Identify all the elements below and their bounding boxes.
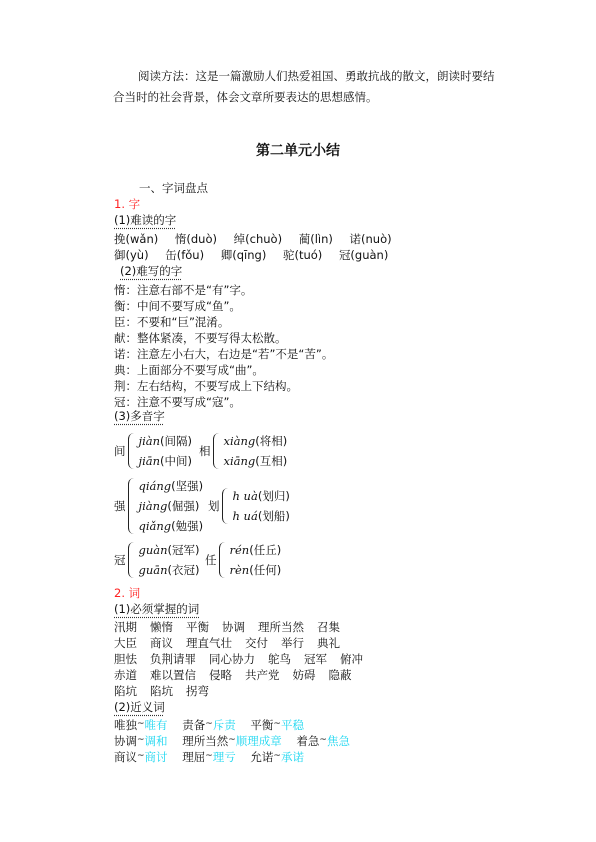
word-item: 胆怯	[114, 652, 137, 666]
synonym-row: 商议~商讨 理屈~理亏 允诺~承诺	[114, 752, 315, 764]
word-item: 平衡	[186, 620, 209, 634]
pinyin: rèn	[230, 563, 250, 577]
polyphonic-char: 相	[199, 443, 211, 459]
brace-icon	[128, 478, 136, 534]
word-item: 侵略	[209, 668, 232, 682]
hard-write-item: 衡：中间不要写成“鱼”。	[114, 301, 241, 313]
hard-write-item: 荆：左右结构，不要写成上下结构。	[114, 381, 298, 393]
word-item: 冠军	[304, 652, 327, 666]
pinyin: xiāng	[224, 454, 256, 468]
hard-write-item: 诺：注意左小右大，右边是“若”不是“苦”。	[114, 349, 333, 361]
hard-write-item: 冠：注意不要写成“寇”。	[114, 397, 241, 409]
hard-read-item: 驼(tuó)	[283, 248, 322, 262]
page-title: 第二单元小结	[0, 144, 596, 158]
words-label: 2. 词	[114, 588, 140, 600]
hard-read-row-1: 挽(wǎn) 惰(duò) 绰(chuò) 蔺(lìn) 诺(nuò)	[114, 234, 405, 246]
document-page: 阅读方法：这是一篇激励人们热爱祖国、勇敢抗战的散文，朗读时要结合当时的社会背景，…	[0, 0, 596, 842]
pinyin: rén	[230, 543, 250, 557]
synonym-pair: 理所当然~顺理成章	[182, 734, 282, 748]
word-item: 召集	[317, 620, 340, 634]
word-item: 汛期	[114, 620, 137, 634]
must-master-row: 汛期懒惰平衡协调理所当然召集	[114, 622, 353, 634]
example-word: (任何)	[249, 563, 281, 577]
synonym-pair: 着急~焦急	[296, 734, 350, 748]
brace-icon	[128, 542, 136, 578]
pinyin: h uà	[233, 489, 258, 503]
example-word: (勉强)	[171, 519, 203, 533]
hard-read-item: 卿(qīng)	[221, 248, 267, 262]
example-word: (间隔)	[160, 434, 192, 448]
synonym-pair: 唯独~唯有	[114, 718, 168, 732]
example-word: (中间)	[160, 454, 192, 468]
must-master-row: 陷坑陷坑拐弯	[114, 686, 222, 698]
synonym-pair: 协调~调和	[114, 734, 168, 748]
polyphonic-group-jian: 间 jiàn(间隔) jiān(中间)	[114, 433, 192, 469]
polyphonic-group-hua: 划 h uà(划归) h uá(划船)	[208, 488, 290, 524]
synonyms-label: (2)近义词	[114, 702, 165, 714]
hard-write-item: 惰：注意右部不是“有”字。	[114, 285, 252, 297]
hard-read-item: 挽(wǎn)	[114, 232, 158, 246]
word-item: 陷坑	[114, 684, 137, 698]
word-item: 共产党	[245, 668, 280, 682]
pinyin: h uá	[233, 509, 258, 523]
chars-label: 1. 字	[114, 199, 140, 211]
example-word: (将相)	[255, 434, 287, 448]
hard-write-item: 臣：不要和“巨”混淆。	[114, 317, 229, 329]
brace-icon	[213, 433, 221, 469]
polyphonic-group-xiang: 相 xiàng(将相) xiāng(互相)	[199, 433, 287, 469]
hard-read-item: 缶(fǒu)	[165, 248, 204, 262]
word-item: 拐弯	[186, 684, 209, 698]
word-item: 理直气壮	[186, 636, 232, 650]
polyphonic-group-qiang: 强 qiáng(坚强) jiàng(倔强) qiǎng(勉强)	[114, 478, 203, 534]
synonym-row: 唯独~唯有 责备~斥责 平衡~平稳	[114, 720, 315, 732]
word-item: 妨碍	[293, 668, 316, 682]
example-word: (互相)	[255, 454, 287, 468]
must-master-label: (1)必须掌握的词	[114, 604, 199, 616]
word-item: 俯冲	[340, 652, 363, 666]
must-master-row: 胆怯负荆请罪同心协力鸵鸟冠军俯冲	[114, 654, 376, 666]
pinyin: xiàng	[224, 434, 256, 448]
polyphonic-char: 划	[208, 498, 220, 514]
polyphonic-group-guan: 冠 guàn(冠军) guān(衣冠)	[114, 542, 200, 578]
word-item: 赤道	[114, 668, 137, 682]
word-item: 难以置信	[150, 668, 196, 682]
synonym-pair: 平衡~平稳	[250, 718, 304, 732]
example-word: (坚强)	[171, 479, 203, 493]
polyphonic-char: 强	[114, 498, 126, 514]
hard-read-item: 御(yù)	[114, 248, 149, 262]
hard-read-item: 绰(chuò)	[234, 232, 282, 246]
reading-method-paragraph: 阅读方法：这是一篇激励人们热爱祖国、勇敢抗战的散文，朗读时要结合当时的社会背景，…	[113, 66, 497, 108]
polyphonic-char: 冠	[114, 552, 126, 568]
word-item: 大臣	[114, 636, 137, 650]
hard-read-item: 诺(nuò)	[350, 232, 392, 246]
word-item: 负荆请罪	[150, 652, 196, 666]
hard-write-label: (2)难写的字	[120, 266, 182, 278]
hard-read-row-2: 御(yù) 缶(fǒu) 卿(qīng) 驼(tuó) 冠(guàn)	[114, 250, 401, 262]
synonym-pair: 理屈~理亏	[182, 750, 236, 764]
pinyin: jiān	[139, 454, 161, 468]
polyphonic-char: 间	[114, 443, 126, 459]
pinyin: jiàn	[139, 434, 161, 448]
synonym-row: 协调~调和 理所当然~顺理成章 着急~焦急	[114, 736, 361, 748]
word-item: 举行	[281, 636, 304, 650]
hard-read-label: (1)难读的字	[114, 215, 176, 227]
example-word: (划船)	[258, 509, 290, 523]
pinyin: qiáng	[139, 479, 172, 493]
hard-write-item: 献：整体紧凑，不要写得太松散。	[114, 333, 287, 345]
polyphonic-char: 任	[205, 552, 217, 568]
hard-read-item: 冠(guàn)	[339, 248, 388, 262]
word-item: 同心协力	[209, 652, 255, 666]
word-item: 隐蔽	[329, 668, 352, 682]
word-item: 陷坑	[150, 684, 173, 698]
example-word: (任丘)	[249, 543, 281, 557]
synonym-pair: 责备~斥责	[182, 718, 236, 732]
synonym-pair: 商议~商讨	[114, 750, 168, 764]
word-item: 鸵鸟	[268, 652, 291, 666]
pinyin: guān	[139, 563, 168, 577]
word-item: 典礼	[317, 636, 340, 650]
hard-write-item: 典：上面部分不要写成“曲”。	[114, 365, 264, 377]
pinyin: jiàng	[139, 499, 168, 513]
polyphonic-group-ren: 任 rén(任丘) rèn(任何)	[205, 542, 281, 578]
example-word: (倔强)	[167, 499, 199, 513]
hard-read-item: 惰(duò)	[175, 232, 217, 246]
word-item: 商议	[150, 636, 173, 650]
word-item: 交付	[245, 636, 268, 650]
word-item: 协调	[222, 620, 245, 634]
brace-icon	[128, 433, 136, 469]
word-item: 懒惰	[150, 620, 173, 634]
polyphonic-label: (3)多音字	[114, 411, 165, 423]
section-heading: 一、字词盘点	[139, 183, 208, 195]
brace-icon	[222, 488, 230, 524]
brace-icon	[219, 542, 227, 578]
pinyin: guàn	[139, 543, 168, 557]
must-master-row: 赤道难以置信侵略共产党妨碍隐蔽	[114, 670, 365, 682]
word-item: 理所当然	[258, 620, 304, 634]
example-word: (衣冠)	[168, 563, 200, 577]
example-word: (冠军)	[168, 543, 200, 557]
pinyin: qiǎng	[139, 519, 172, 533]
synonym-pair: 允诺~承诺	[250, 750, 304, 764]
must-master-row: 大臣商议理直气壮交付举行典礼	[114, 638, 353, 650]
example-word: (划归)	[258, 489, 290, 503]
hard-read-item: 蔺(lìn)	[299, 232, 333, 246]
